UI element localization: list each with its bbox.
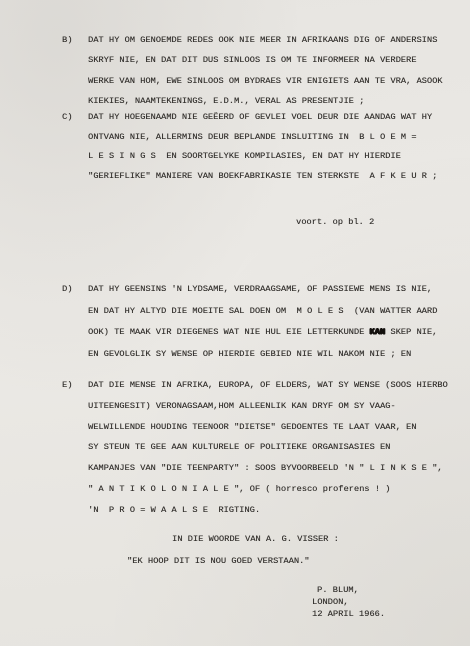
text-line: "GERIEFLIKE" MANIERE VAN BOEKFABRIKASIE … <box>88 167 437 187</box>
text-line: SKRYF NIE, EN DAT DIT DUS SINLOOS IS OM … <box>88 50 443 70</box>
text-line: DAT HY OM GENOEMDE REDES OOK NIE MEER IN… <box>88 30 443 50</box>
section-b-body: DAT HY OM GENOEMDE REDES OOK NIE MEER IN… <box>88 30 443 112</box>
section-c-body: DAT HY HOEGENAAMD NIE GEËERD OF GEVLEI V… <box>88 108 437 186</box>
signature-date: 12 APRIL 1966. <box>312 609 385 621</box>
text-line: " A N T I K O L O N I A L E ", OF ( horr… <box>88 479 448 500</box>
section-c-label: C) <box>62 108 72 128</box>
signature-block: P. BLUM, LONDON, 12 APRIL 1966. <box>312 585 385 620</box>
text-line: 'N P R O = W A A L S E RIGTING. <box>88 500 448 521</box>
text-line: DAT DIE MENSE IN AFRIKA, EUROPA, OF ELDE… <box>88 375 448 396</box>
continuation-note: voort. op bl. 2 <box>296 215 374 229</box>
text-segment: OOK) TE MAAK VIR DIEGENES WAT NIE HUL EI… <box>88 327 370 337</box>
text-line: ONTVANG NIE, ALLERMINS DEUR BEPLANDE INS… <box>88 128 437 148</box>
scanned-letter-page: B) DAT HY OM GENOEMDE REDES OOK NIE MEER… <box>0 0 470 646</box>
text-line: EN GEVOLGLIK SY WENSE OP HIERDIE GEBIED … <box>88 344 437 366</box>
text-line: UITEENGESIT) VERONAGSAAM,HOM ALLEENLIK K… <box>88 396 448 417</box>
text-line: SY STEUN TE GEE AAN KULTURELE OF POLITIE… <box>88 437 448 458</box>
section-b-label: B) <box>62 30 72 50</box>
signature-place: LONDON, <box>312 597 385 609</box>
section-e-label: E) <box>62 375 72 396</box>
quote-attribution: IN DIE WOORDE VAN A. G. VISSER : <box>172 532 339 546</box>
text-line: DAT HY HOEGENAAMD NIE GEËERD OF GEVLEI V… <box>88 108 437 128</box>
overstruck-word: KAN <box>370 327 386 337</box>
text-line: DAT HY GEENSINS 'N LYDSAME, VERDRAAGSAME… <box>88 279 437 301</box>
section-d-label: D) <box>62 279 72 301</box>
text-line: EN DAT HY ALTYD DIE MOEITE SAL DOEN OM M… <box>88 301 437 323</box>
text-line: WERKE VAN HOM, EWE SINLOOS OM BYDRAES VI… <box>88 71 443 91</box>
text-line-with-overstrike: OOK) TE MAAK VIR DIEGENES WAT NIE HUL EI… <box>88 322 437 344</box>
text-line: KAMPANJES VAN "DIE TEENPARTY" : SOOS BYV… <box>88 458 448 479</box>
closing-quote: "EK HOOP DIT IS NOU GOED VERSTAAN." <box>127 554 309 568</box>
signature-name: P. BLUM, <box>317 585 385 597</box>
section-d-body: DAT HY GEENSINS 'N LYDSAME, VERDRAAGSAME… <box>88 279 437 366</box>
text-segment: SKEP NIE, <box>385 327 437 337</box>
section-e-body: DAT DIE MENSE IN AFRIKA, EUROPA, OF ELDE… <box>88 375 448 521</box>
text-line: WELWILLENDE HOUDING TEENOOR "DIETSE" GED… <box>88 417 448 438</box>
text-line: L E S I N G S EN SOORTGELYKE KOMPILASIES… <box>88 147 437 167</box>
